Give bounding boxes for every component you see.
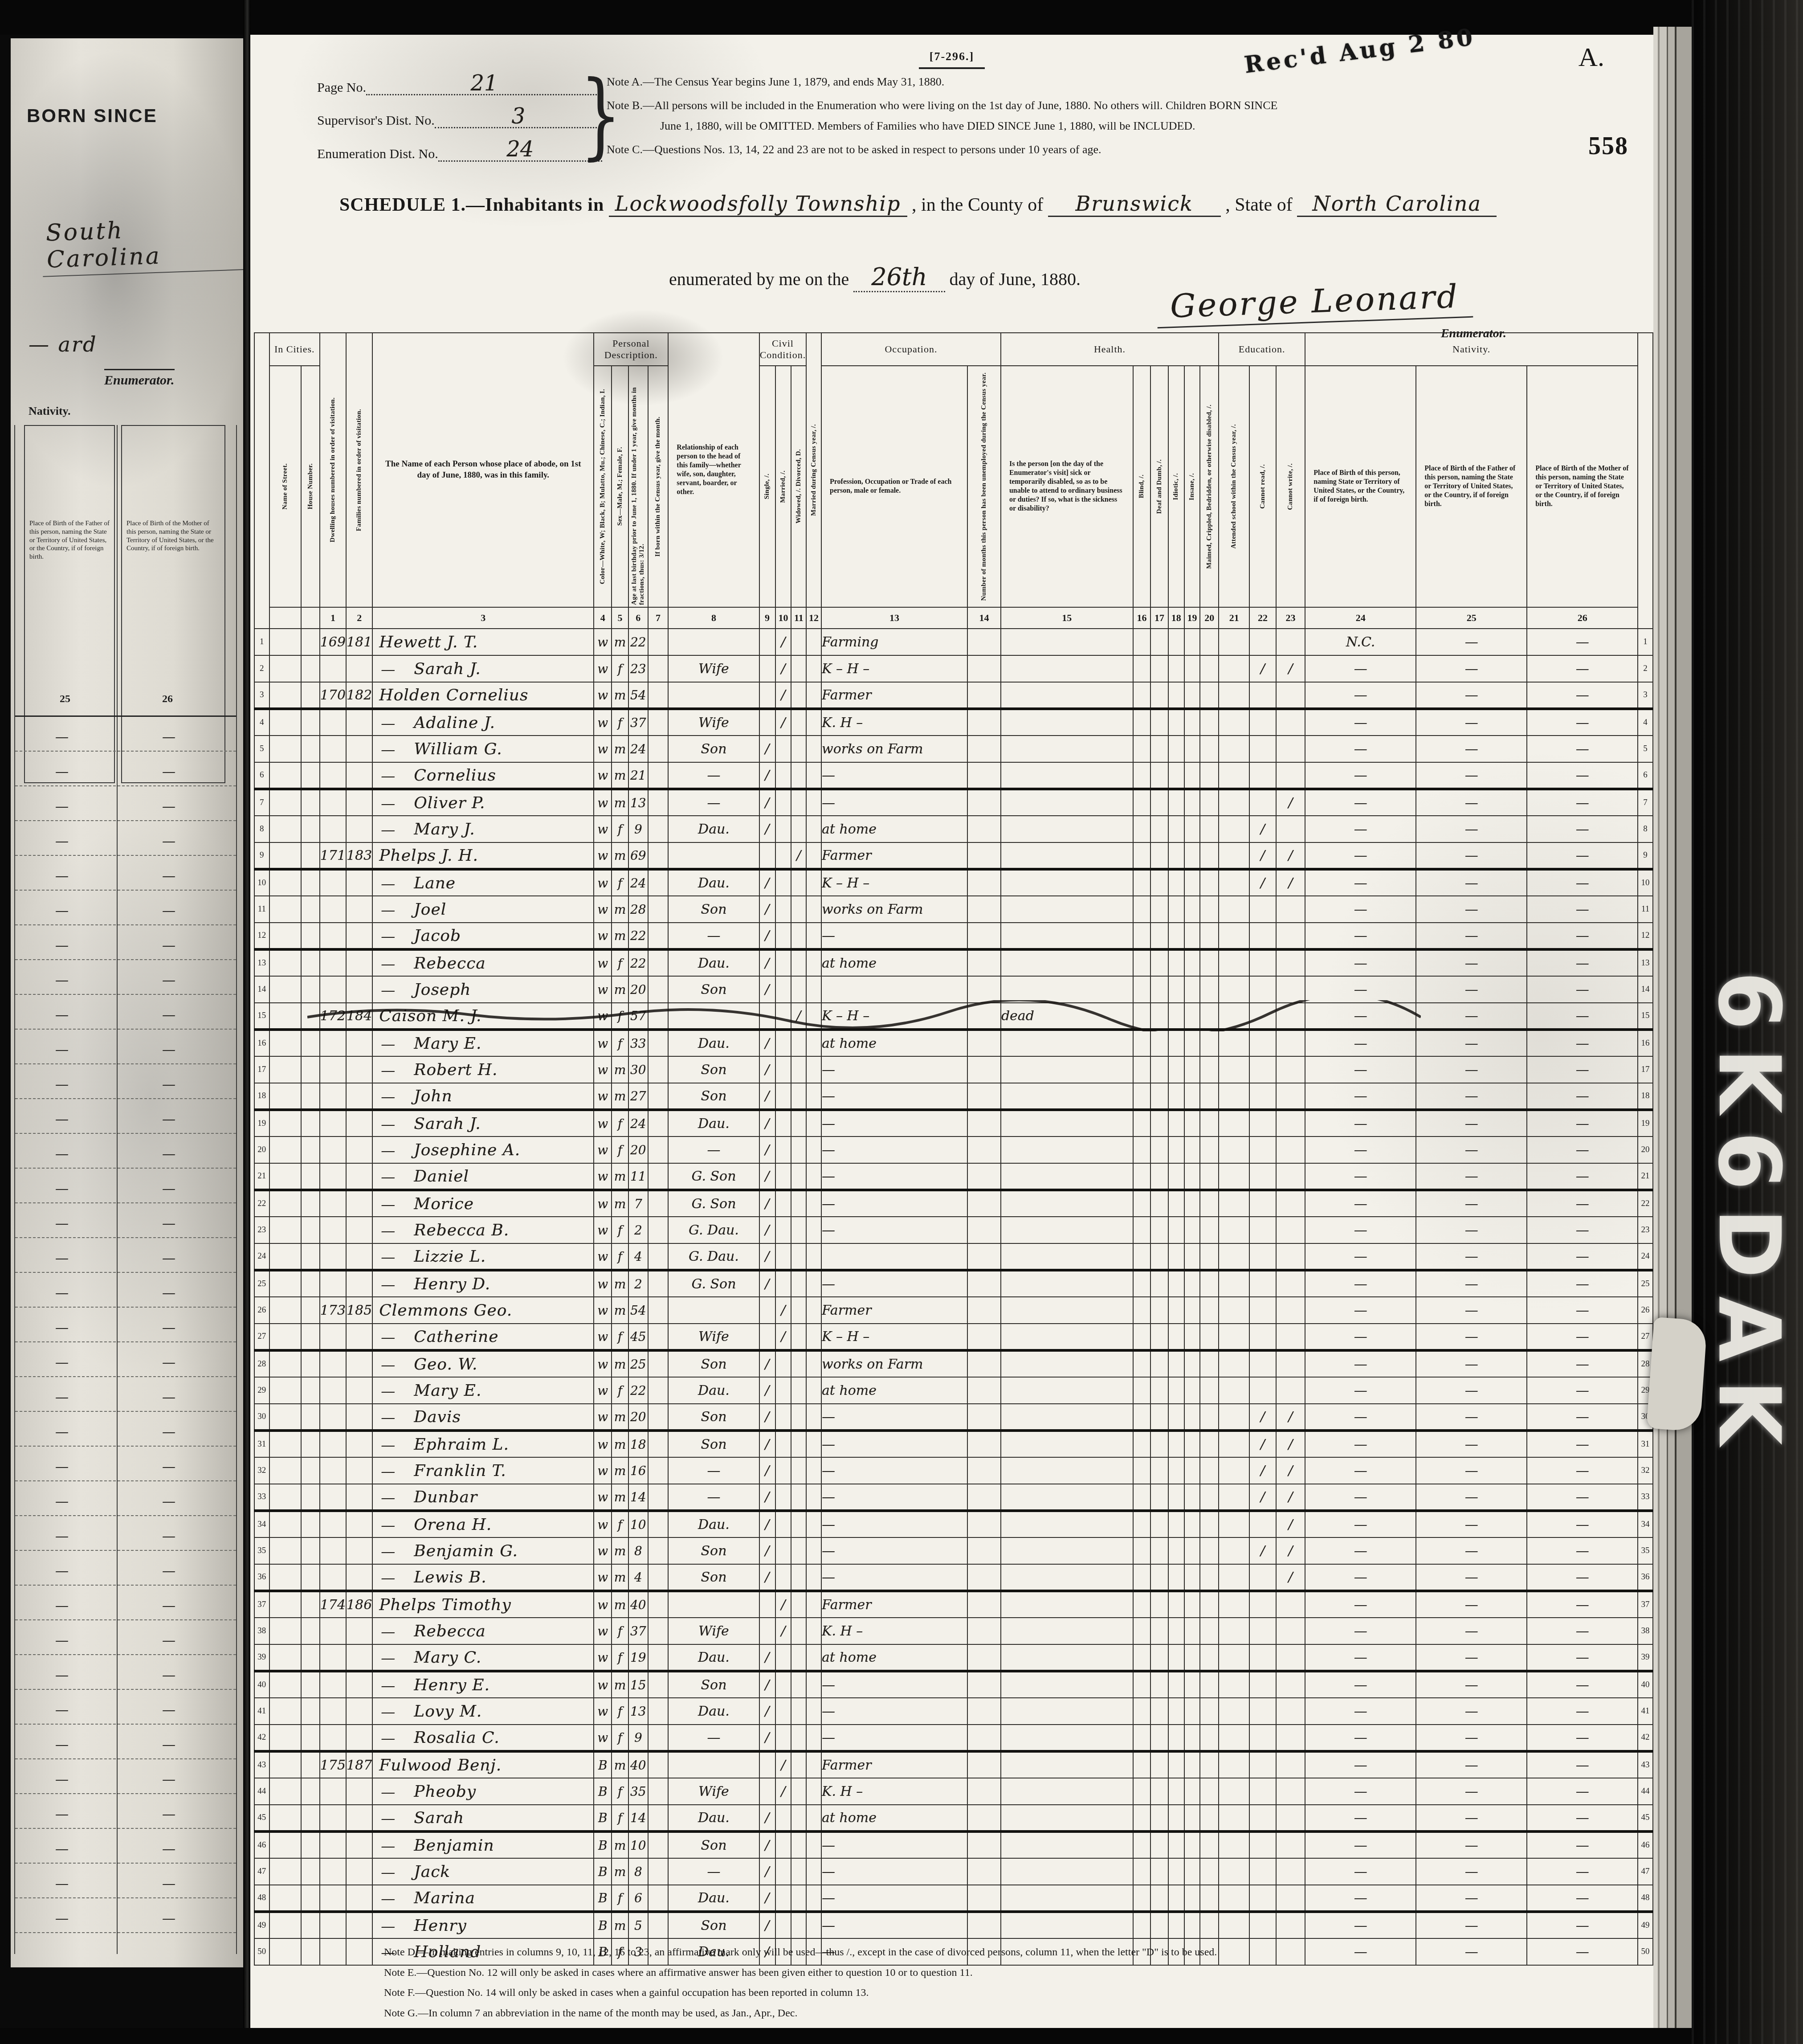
cell-civil-11 [791,1805,806,1831]
cell-sex: f [612,709,628,736]
cell-dwelling-number [320,1537,346,1564]
cell-birthplace-26: — [1527,1324,1638,1350]
cell-birthplace-26: — [1527,1564,1638,1591]
table-row: 14—Josephwm20Son/———14 [254,976,1653,1003]
cell-person-name: Phelps J. H. [372,842,594,869]
cell-civil-11 [791,1217,806,1243]
cell-family-number [346,949,372,976]
cell-relationship: Son [668,1056,759,1083]
cell-house-number [301,1671,320,1698]
cell-education-23 [1276,1912,1305,1938]
ditto-mark: — [373,1035,408,1052]
cell-months-unemployed [967,629,1001,655]
cell-age: 37 [628,709,648,736]
cell-health-18 [1168,869,1184,896]
col-number-5: 5 [612,607,628,629]
cell-civil-12 [806,949,821,976]
cell-sex: m [612,1831,628,1858]
cell-birth-month [648,1751,669,1778]
ditto-mark: — [162,1320,175,1336]
cell-civil-11 [791,1912,806,1938]
enumeration-value: 24 [438,140,602,161]
cell-months-unemployed [967,1912,1001,1938]
cell-birthplace-26: — [1527,1350,1638,1377]
cell-street [269,816,301,842]
cell-street [269,1083,301,1110]
col-number-blank [269,607,301,629]
cell-street [269,1243,301,1270]
cell-civil-11 [791,1591,806,1618]
cell-civil-10 [775,1431,791,1457]
cell-color: w [594,1511,612,1537]
cell-civil-12 [806,896,821,923]
cell-sex: m [612,1912,628,1938]
cell-age: 20 [628,1136,648,1163]
row-number-left: 38 [254,1618,269,1644]
cell-civil-10: / [775,1751,791,1778]
cell-person-name: —Mary E. [372,1377,594,1404]
prev-page-row: —— [15,1759,236,1794]
cell-civil-11 [791,1136,806,1163]
cell-education-22 [1249,1056,1276,1083]
cell-sickness [1001,923,1133,949]
person-name: Benjamin G. [408,1542,518,1560]
cell-birthplace-24: — [1305,1163,1416,1190]
row-number-right: 41 [1638,1698,1653,1725]
cell-health-20 [1200,1591,1219,1618]
cell-health-18 [1168,1805,1184,1831]
cell-age: 54 [628,682,648,709]
cell-age: 24 [628,869,648,896]
cell-birthplace-25: — [1416,1644,1527,1671]
row-number-right: 15 [1638,1003,1653,1030]
ditto-mark: — [373,1382,408,1399]
cell-family-number [346,816,372,842]
table-row: 2—Sarah J.wf23Wife/K – H –//———2 [254,655,1653,682]
cell-months-unemployed [967,1751,1001,1778]
cell-relationship: — [668,1858,759,1885]
table-row: 19—Sarah J.wf24Dau./————19 [254,1110,1653,1136]
cell-family-number [346,1030,372,1056]
row-number-right: 22 [1638,1190,1653,1217]
cell-birthplace-25: — [1416,1297,1527,1324]
cell-education-22: / [1249,1537,1276,1564]
table-row: 31—Ephraim L.wm18Son/—//———31 [254,1431,1653,1457]
cell-relationship: Son [668,1564,759,1591]
cell-family-number: 181 [346,629,372,655]
cell-relationship [668,682,759,709]
cell-age: 14 [628,1484,648,1511]
ditto-mark: — [162,729,175,745]
cell-health-16 [1133,1805,1151,1831]
cell-relationship: Son [668,1083,759,1110]
cell-education-22 [1249,1243,1276,1270]
cell-health-16 [1133,1698,1151,1725]
cell-family-number: 187 [346,1751,372,1778]
cell-sex: f [612,1110,628,1136]
cell-color: w [594,1725,612,1751]
person-name: Josephine A. [408,1141,520,1159]
cell-birthplace-25: — [1416,629,1527,655]
ditto-mark: — [55,1181,69,1197]
prev-page-born-since-text: BORN SINCE [27,105,158,127]
prev-page-row: —— [15,1030,236,1064]
row-number-right: 40 [1638,1671,1653,1698]
cell-street [269,1297,301,1324]
cell-health-18 [1168,1858,1184,1885]
cell-education-23 [1276,816,1305,842]
cell-color: w [594,1297,612,1324]
cell-education-22: / [1249,1404,1276,1431]
cell-birthplace-25: — [1416,682,1527,709]
cell-health-16 [1133,816,1151,842]
cell-birthplace-25: — [1416,1457,1527,1484]
cell-occupation: K. H – [821,709,967,736]
cell-civil-12 [806,1885,821,1912]
cell-civil-9: / [759,896,775,923]
cell-education-21 [1219,1404,1249,1431]
table-row: 16—Mary E.wf33Dau./at home———16 [254,1030,1653,1056]
cell-education-22: / [1249,1484,1276,1511]
cell-months-unemployed [967,816,1001,842]
cell-occupation: — [821,1725,967,1751]
cell-house-number [301,736,320,762]
person-name: Oliver P. [408,794,485,812]
cell-health-20 [1200,1110,1219,1136]
cell-birthplace-25: — [1416,1056,1527,1083]
col-number-20: 20 [1200,607,1219,629]
cell-sickness [1001,1350,1133,1377]
cell-months-unemployed [967,896,1001,923]
cell-birth-month [648,1217,669,1243]
film-edge-marking: 6K6DAK [1700,971,1798,2040]
cell-house-number [301,1404,320,1431]
cell-health-17 [1150,1270,1168,1297]
cell-education-23 [1276,1805,1305,1831]
person-name: Orena H. [408,1516,492,1534]
cell-months-unemployed [967,1350,1001,1377]
cell-relationship: — [668,1725,759,1751]
cell-sickness [1001,1698,1133,1725]
cell-occupation [821,1243,967,1270]
cell-relationship: Son [668,896,759,923]
cell-person-name: —Lizzie L. [372,1243,594,1270]
col-number-14: 14 [967,607,1001,629]
cell-civil-11 [791,1644,806,1671]
table-row: 8—Mary J.wf9Dau./at home/———8 [254,816,1653,842]
cell-sickness [1001,1377,1133,1404]
cell-birthplace-26: — [1527,1003,1638,1030]
cell-dwelling-number [320,736,346,762]
cell-occupation: — [821,1163,967,1190]
cell-health-20 [1200,736,1219,762]
cell-education-23 [1276,762,1305,789]
cell-education-22 [1249,736,1276,762]
prev-page-row: —— [15,1829,236,1864]
cell-birthplace-25: — [1416,1243,1527,1270]
person-name: Henry [408,1917,466,1935]
cell-health-16 [1133,842,1151,869]
cell-health-18 [1168,1912,1184,1938]
cell-family-number [346,789,372,816]
cell-civil-11 [791,1350,806,1377]
cell-birthplace-26: — [1527,1671,1638,1698]
cell-occupation: — [821,762,967,789]
row-number-left: 17 [254,1056,269,1083]
cell-sickness [1001,1511,1133,1537]
cell-birthplace-25: — [1416,1725,1527,1751]
cell-health-16 [1133,1671,1151,1698]
cell-civil-9: / [759,1350,775,1377]
table-row: 43175187Fulwood Benj.Bm40/Farmer———43 [254,1751,1653,1778]
cell-civil-12 [806,1003,821,1030]
cell-health-16 [1133,869,1151,896]
cell-street [269,1698,301,1725]
cell-civil-12 [806,1190,821,1217]
cell-sickness [1001,1751,1133,1778]
cell-civil-9: / [759,789,775,816]
cell-family-number [346,1350,372,1377]
ditto-mark: — [373,1142,408,1159]
col-header-street: Name of Street. [269,366,301,607]
cell-health-17 [1150,1457,1168,1484]
enumerator-signature: George Leonard [1156,277,1473,329]
cell-civil-10 [775,816,791,842]
row-number-left: 14 [254,976,269,1003]
ditto-mark: — [55,1112,69,1127]
row-number-left: 2 [254,655,269,682]
cell-birthplace-25: — [1416,655,1527,682]
cell-civil-11 [791,1858,806,1885]
ditto-mark: — [55,1251,69,1266]
person-name: Rebecca [408,1622,486,1640]
cell-street [269,709,301,736]
table-row: 17—Robert H.wm30Son/————17 [254,1056,1653,1083]
cell-education-23 [1276,1591,1305,1618]
col-number-6: 6 [628,607,648,629]
cell-civil-11 [791,1618,806,1644]
cell-relationship: Dau. [668,869,759,896]
col-number-23: 23 [1276,607,1305,629]
cell-sickness [1001,896,1133,923]
table-row: 25—Henry D.wm2G. Son/————25 [254,1270,1653,1297]
ditto-mark: — [55,1390,69,1405]
cell-family-number [346,1725,372,1751]
cell-person-name: —Rebecca [372,949,594,976]
person-name: Holden Cornelius [373,686,528,704]
cell-occupation: — [821,1056,967,1083]
cell-civil-12 [806,1831,821,1858]
cell-relationship: Dau. [668,1885,759,1912]
cell-birthplace-24: — [1305,762,1416,789]
cell-street [269,842,301,869]
cell-health-18 [1168,1484,1184,1511]
cell-education-22 [1249,1778,1276,1805]
cell-months-unemployed [967,1136,1001,1163]
cell-sickness [1001,629,1133,655]
cell-birthplace-25: — [1416,789,1527,816]
cell-civil-11 [791,1190,806,1217]
cell-color: B [594,1858,612,1885]
row-number-right: 10 [1638,869,1653,896]
ditto-mark: — [55,1007,69,1023]
cell-months-unemployed [967,1858,1001,1885]
row-number-right: 33 [1638,1484,1653,1511]
cell-house-number [301,869,320,896]
cell-sex: m [612,682,628,709]
cell-age: 54 [628,1297,648,1324]
cell-health-17 [1150,1591,1168,1618]
cell-birth-month [648,736,669,762]
cell-education-23 [1276,1110,1305,1136]
cell-birthplace-26: — [1527,1805,1638,1831]
cell-health-20 [1200,1885,1219,1912]
col-number-4: 4 [594,607,612,629]
row-number-left: 26 [254,1297,269,1324]
ditto-mark: — [162,868,175,884]
cell-civil-10 [775,1644,791,1671]
cell-birthplace-26: — [1527,655,1638,682]
cell-street [269,1110,301,1136]
col-header-age: Age at last birthday prior to June 1, 18… [628,366,648,607]
cell-health-19 [1184,1270,1200,1297]
cell-months-unemployed [967,1644,1001,1671]
person-name: Franklin T. [408,1462,506,1480]
cell-civil-12 [806,842,821,869]
row-number-left: 49 [254,1912,269,1938]
row-number-right: 45 [1638,1805,1653,1831]
cell-person-name: —Davis [372,1404,594,1431]
cell-civil-10 [775,1671,791,1698]
ditto-mark: — [373,955,408,972]
cell-occupation: — [821,1190,967,1217]
ditto-mark: — [373,1489,408,1506]
cell-health-18 [1168,1270,1184,1297]
cell-health-17 [1150,1831,1168,1858]
cell-education-21 [1219,1217,1249,1243]
cell-education-21 [1219,949,1249,976]
ditto-mark: — [162,1668,175,1683]
cell-relationship: Wife [668,709,759,736]
row-number-right: 34 [1638,1511,1653,1537]
cell-sickness [1001,709,1133,736]
col-number-3: 3 [372,607,594,629]
cell-months-unemployed [967,976,1001,1003]
prev-page-ditto-rows: ————————————————————————————————————————… [15,715,236,1954]
person-name: Mary J. [408,820,475,838]
cell-street [269,1350,301,1377]
cell-education-23 [1276,1297,1305,1324]
cell-color: w [594,1163,612,1190]
cell-sickness [1001,1484,1133,1511]
cell-civil-10: / [775,1618,791,1644]
cell-birthplace-25: — [1416,1431,1527,1457]
note-c: Note C.—Questions Nos. 13, 14, 22 and 23… [607,143,1613,155]
cell-health-18 [1168,1110,1184,1136]
cell-age: 13 [628,789,648,816]
cell-education-21 [1219,682,1249,709]
cell-health-20 [1200,1350,1219,1377]
cell-family-number [346,976,372,1003]
row-number-right: 50 [1638,1938,1653,1965]
row-number-left: 40 [254,1671,269,1698]
cell-family-number [346,1457,372,1484]
cell-sex: m [612,1751,628,1778]
cell-birthplace-26: — [1527,1404,1638,1431]
cell-sickness [1001,1671,1133,1698]
cell-birthplace-26: — [1527,1431,1638,1457]
cell-age: 20 [628,976,648,1003]
cell-health-19 [1184,1564,1200,1591]
row-number-left: 3 [254,682,269,709]
cell-color: B [594,1885,612,1912]
cell-health-18 [1168,1644,1184,1671]
cell-civil-9: / [759,1217,775,1243]
cell-occupation: — [821,1831,967,1858]
cell-birthplace-24: — [1305,789,1416,816]
cell-health-16 [1133,1083,1151,1110]
person-name: Lizzie L. [408,1247,486,1266]
cell-sex: f [612,869,628,896]
cell-relationship: — [668,1484,759,1511]
ditto-mark: — [162,938,175,953]
col-header-families: Families numbered in order of visitation… [346,333,372,607]
cell-health-18 [1168,736,1184,762]
cell-civil-12 [806,1564,821,1591]
cell-age: 2 [628,1270,648,1297]
cell-person-name: —Pheoby [372,1778,594,1805]
ditto-mark: — [373,1248,408,1265]
cell-health-19 [1184,949,1200,976]
cell-health-19 [1184,1431,1200,1457]
cell-sickness [1001,1056,1133,1083]
cell-street [269,1431,301,1457]
cell-sickness [1001,1270,1133,1297]
ditto-mark: — [373,1649,408,1666]
cell-civil-10: / [775,1778,791,1805]
cell-birthplace-24: — [1305,1270,1416,1297]
table-row: 15172184Caison M. J.wf57/K – H –dead———1… [254,1003,1653,1030]
cell-birth-month [648,682,669,709]
cell-color: w [594,976,612,1003]
cell-birthplace-24: — [1305,1350,1416,1377]
cell-family-number [346,1537,372,1564]
cell-color: w [594,842,612,869]
cell-color: B [594,1805,612,1831]
ditto-mark: — [55,973,69,988]
cell-age: 11 [628,1163,648,1190]
cell-education-22 [1249,789,1276,816]
cell-sex: f [612,816,628,842]
cell-health-16 [1133,736,1151,762]
cell-education-21 [1219,1805,1249,1831]
cell-civil-11 [791,1725,806,1751]
cell-sex: f [612,1377,628,1404]
row-number-left: 35 [254,1537,269,1564]
row-number-left: 6 [254,762,269,789]
row-number-right: 2 [1638,655,1653,682]
cell-relationship: Son [668,1431,759,1457]
cell-health-19 [1184,1030,1200,1056]
cell-health-20 [1200,1912,1219,1938]
table-row: 34—Orena H.wf10Dau./—/———34 [254,1511,1653,1537]
cell-birthplace-24: — [1305,1564,1416,1591]
row-number-right: 27 [1638,1324,1653,1350]
cell-birth-month [648,1243,669,1270]
cell-civil-12 [806,655,821,682]
cell-health-17 [1150,1431,1168,1457]
person-name: Daniel [408,1167,469,1186]
